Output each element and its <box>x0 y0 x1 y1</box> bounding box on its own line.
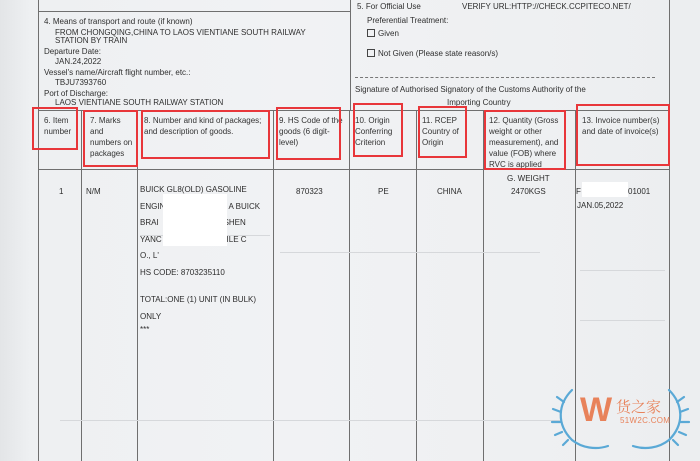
description-line <box>140 281 272 292</box>
box5-title: 5. For Official Use <box>357 2 421 12</box>
quantity-value: 2470KGS <box>511 187 546 197</box>
scan-artifact <box>60 420 560 421</box>
frame-left-border <box>38 0 39 461</box>
scan-artifact <box>580 270 665 271</box>
origin-criterion-value: PE <box>378 187 389 197</box>
invoice-date-value: JAN.05,2022 <box>577 201 623 211</box>
scan-artifact <box>580 320 665 321</box>
highlight-quantity <box>484 110 566 170</box>
scan-artifact <box>280 252 540 253</box>
highlight-rcep-country <box>418 106 467 158</box>
description-line: HS CODE: 8703235110 <box>140 265 272 282</box>
box4-top-border <box>38 11 350 12</box>
highlight-marks-numbers <box>83 110 138 167</box>
col-divider-10-11 <box>416 110 417 461</box>
box4-box5-divider <box>350 0 351 110</box>
highlight-item-number <box>32 107 78 150</box>
invoice-number-suffix: 01001 <box>628 187 650 197</box>
brand-name: 货之家 <box>616 396 661 417</box>
not-given-option[interactable]: Not Given (Please state reason/s) <box>367 49 498 59</box>
box4-title: 4. Means of transport and route (if know… <box>44 17 193 27</box>
port-of-discharge-value: LAOS VIENTIANE SOUTH RAILWAY STATION <box>55 98 223 108</box>
highlight-packages-description <box>141 110 270 159</box>
brand-url: 51W2C.COM <box>620 416 670 425</box>
invoice-number-prefix: F <box>576 187 581 197</box>
box4-route-line2: STATION BY TRAIN <box>55 36 127 46</box>
description-line: TOTAL:ONE (1) UNIT (IN BULK) <box>140 292 272 309</box>
quantity-label: G. WEIGHT <box>507 174 550 184</box>
vessel-value: TBJU7393760 <box>55 78 106 88</box>
signature-line1: Signature of Authorised Signatory of the… <box>355 85 586 95</box>
brand-letter-text: W <box>580 393 612 427</box>
certificate-of-origin-page: 4. Means of transport and route (if know… <box>0 0 700 461</box>
description-line: O., L' <box>140 248 272 265</box>
given-option[interactable]: Given <box>367 29 399 39</box>
not-given-label: Not Given (Please state reason/s) <box>378 49 498 58</box>
highlight-origin-criterion <box>353 103 403 157</box>
hs-code-value: 870323 <box>296 187 323 197</box>
highlight-hs-code <box>276 107 341 160</box>
given-checkbox[interactable] <box>367 29 375 37</box>
watermark-logo: W 货之家 51W2C.COM <box>548 382 693 457</box>
col-divider-6-7 <box>81 110 82 461</box>
col-divider-8-9 <box>273 110 274 461</box>
signature-dashed-divider <box>355 77 655 78</box>
not-given-checkbox[interactable] <box>367 49 375 57</box>
redaction-box-description <box>163 194 227 246</box>
vessel-label: Vessel's name/Aircraft flight number, et… <box>44 68 190 78</box>
description-line: ONLY <box>140 309 272 326</box>
given-label: Given <box>378 29 399 38</box>
col-divider-9-10 <box>349 110 350 461</box>
description-line: *** <box>140 325 272 335</box>
preferential-treatment-label: Preferential Treatment: <box>367 16 448 26</box>
departure-date-value: JAN.24,2022 <box>55 57 101 67</box>
marks-value: N/M <box>86 187 101 197</box>
highlight-invoice <box>576 104 670 166</box>
country-of-origin-value: CHINA <box>437 187 462 197</box>
verify-url: VERIFY URL:HTTP://CHECK.CCPITECO.NET/ <box>462 2 631 12</box>
item-number-value: 1 <box>59 187 63 197</box>
redaction-box-invoice <box>582 182 628 197</box>
departure-date-label: Departure Date: <box>44 47 101 57</box>
